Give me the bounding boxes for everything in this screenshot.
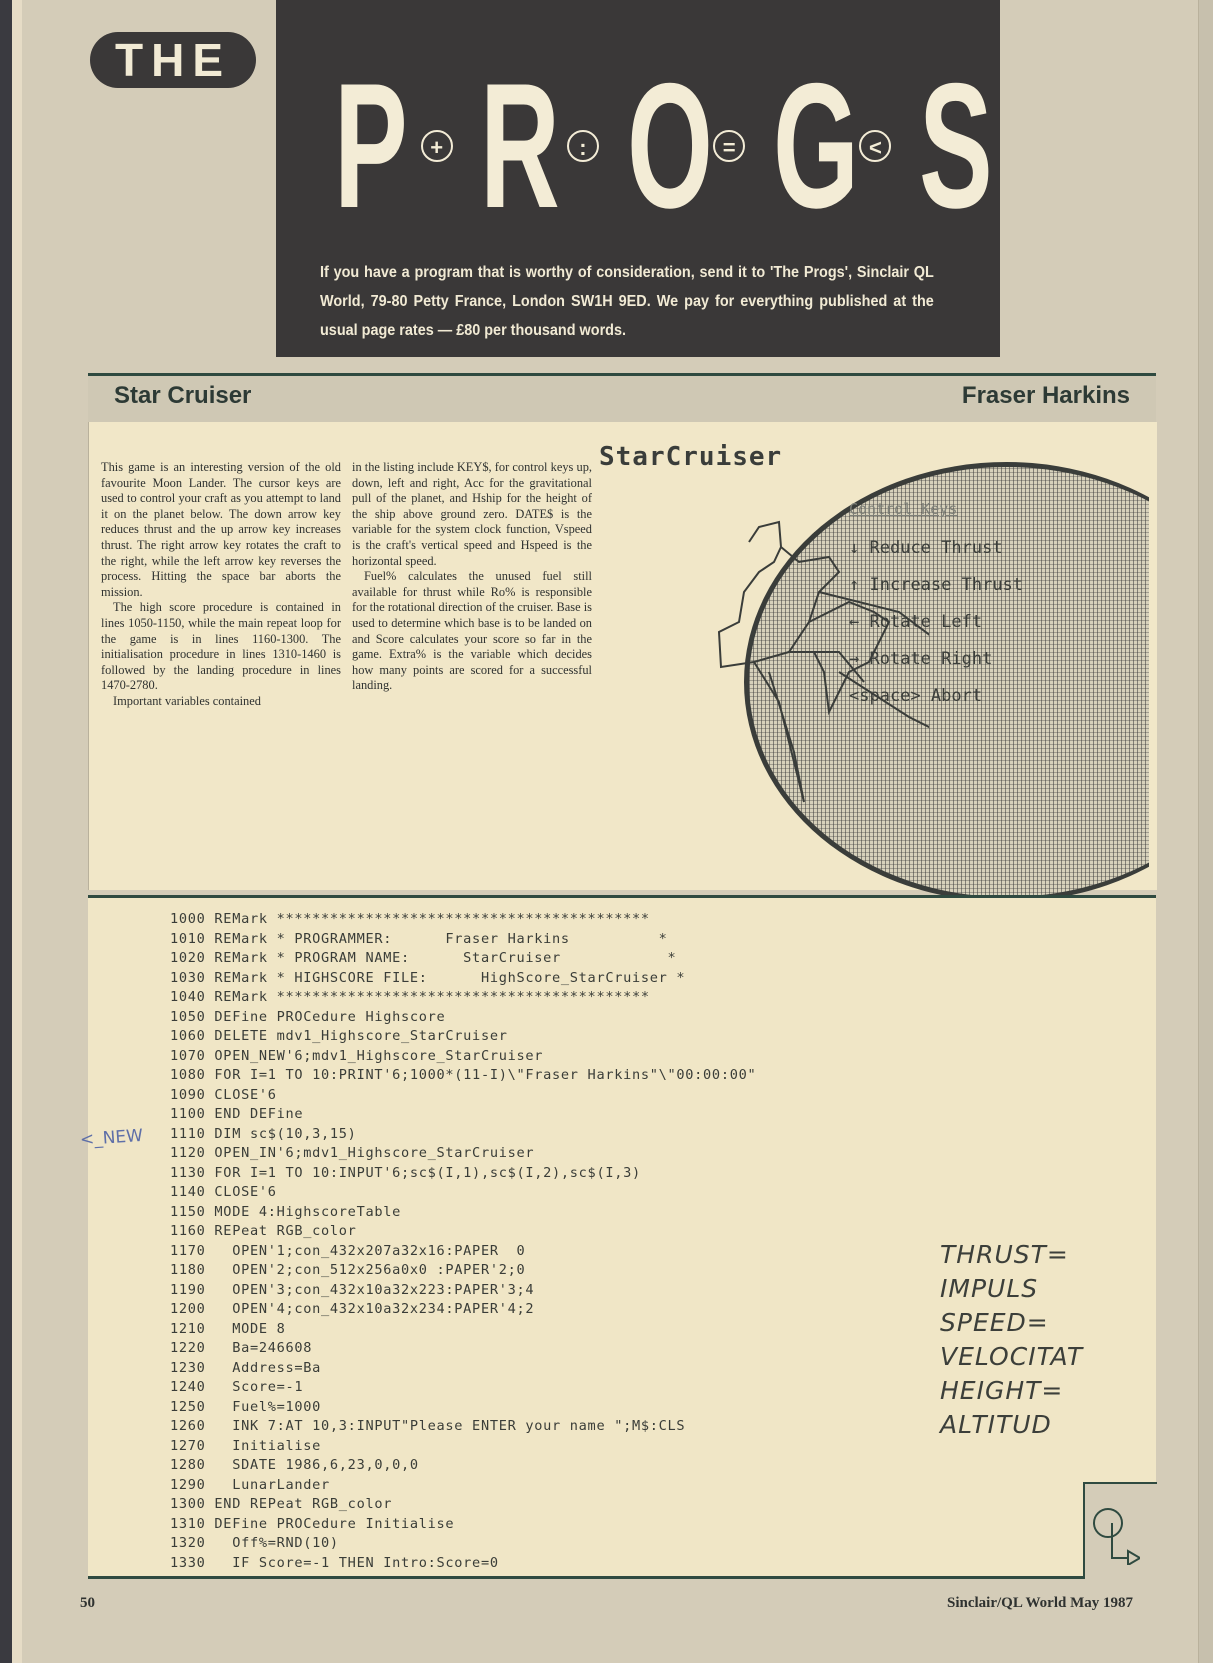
code-line: 1140 CLOSE'6 <box>170 1183 756 1203</box>
line-code: OPEN_IN'6;mdv1_Highscore_StarCruiser <box>214 1145 534 1161</box>
publication-footer: Sinclair/QL World May 1987 <box>947 1595 1133 1612</box>
handwritten-note: VELOCITAT <box>940 1340 1140 1374</box>
code-line: 1230 Address=Ba <box>170 1359 756 1379</box>
line-code: DELETE mdv1_Highscore_StarCruiser <box>214 1028 507 1044</box>
handwritten-notes: THRUST=IMPULSSPEED=VELOCITATHEIGHT=ALTIT… <box>940 1238 1140 1442</box>
line-number: 1010 <box>170 931 214 947</box>
text-column-2: in the listing include KEY$, for control… <box>352 460 592 694</box>
line-number: 1090 <box>170 1087 214 1103</box>
line-number: 1040 <box>170 989 214 1005</box>
line-number: 1320 <box>170 1535 214 1551</box>
code-line: 1120 OPEN_IN'6;mdv1_Highscore_StarCruise… <box>170 1144 756 1164</box>
code-line: 1080 FOR I=1 TO 10:PRINT'6;1000*(11-I)\"… <box>170 1066 756 1086</box>
code-line: 1130 FOR I=1 TO 10:INPUT'6;sc$(I,1),sc$(… <box>170 1164 756 1184</box>
code-line: 1070 OPEN_NEW'6;mdv1_Highscore_StarCruis… <box>170 1047 756 1067</box>
page-right-edge <box>1198 0 1213 1663</box>
code-line: 1060 DELETE mdv1_Highscore_StarCruiser <box>170 1027 756 1047</box>
page-spine <box>0 0 12 1663</box>
paragraph: The high score procedure is contained in… <box>101 600 341 694</box>
progs-letter: O <box>627 48 686 243</box>
line-code: FOR I=1 TO 10:INPUT'6;sc$(I,1),sc$(I,2),… <box>214 1165 640 1181</box>
handwritten-note: ALTITUD <box>940 1408 1140 1442</box>
key-increase-thrust: ↑ Increase Thrust <box>849 567 1023 604</box>
line-code: REMark * PROGRAM NAME: StarCruiser * <box>214 950 676 966</box>
line-code: OPEN'4;con_432x10a32x234:PAPER'4;2 <box>214 1301 534 1317</box>
line-code: Ba=246608 <box>214 1340 312 1356</box>
code-line: 1110 DIM sc$(10,3,15) <box>170 1125 756 1145</box>
line-number: 1050 <box>170 1009 214 1025</box>
line-code: OPEN_NEW'6;mdv1_Highscore_StarCruiser <box>214 1048 543 1064</box>
line-code: REMark * HIGHSCORE FILE: HighScore_StarC… <box>214 970 685 986</box>
code-line: 1170 OPEN'1;con_432x207a32x16:PAPER 0 <box>170 1242 756 1262</box>
code-line: 1240 Score=-1 <box>170 1378 756 1398</box>
article-body: This game is an interesting version of t… <box>88 422 1157 890</box>
line-code: LunarLander <box>214 1477 330 1493</box>
line-code: CLOSE'6 <box>214 1087 276 1103</box>
key-label: Reduce Thrust <box>870 538 1003 558</box>
progs-letter: G <box>773 48 832 243</box>
line-code: Initialise <box>214 1438 321 1454</box>
line-number: 1210 <box>170 1321 214 1337</box>
key-rotate-left: ← Rotate Left <box>849 604 1023 641</box>
key-rotate-right: → Rotate Right <box>849 641 1023 678</box>
code-line: 1220 Ba=246608 <box>170 1339 756 1359</box>
line-code: Off%=RND(10) <box>214 1535 338 1551</box>
line-code: REMark * PROGRAMMER: Fraser Harkins * <box>214 931 667 947</box>
code-line: 1030 REMark * HIGHSCORE FILE: HighScore_… <box>170 969 756 989</box>
key-label: Rotate Left <box>870 612 983 632</box>
progs-letter: R <box>480 48 539 243</box>
line-code: Fuel%=1000 <box>214 1399 321 1415</box>
code-line: 1050 DEFine PROCedure Highscore <box>170 1008 756 1028</box>
continued-arrow-icon <box>1090 1505 1140 1565</box>
line-number: 1070 <box>170 1048 214 1064</box>
paragraph: Important variables contained <box>101 694 341 710</box>
line-number: 1060 <box>170 1028 214 1044</box>
line-number: 1220 <box>170 1340 214 1356</box>
key-label: Rotate Right <box>870 649 993 669</box>
down-arrow-icon: ↓ <box>849 538 859 558</box>
line-number: 1290 <box>170 1477 214 1493</box>
progs-letter: S <box>919 48 978 243</box>
line-number: 1150 <box>170 1204 214 1220</box>
line-number: 1270 <box>170 1438 214 1454</box>
progs-banner: P + R : O = G < S If you have a program … <box>276 0 1000 357</box>
line-number: 1160 <box>170 1223 214 1239</box>
paragraph: This game is an interesting version of t… <box>101 460 341 600</box>
code-line: 1290 LunarLander <box>170 1476 756 1496</box>
page-number: 50 <box>80 1595 95 1612</box>
line-code: DIM sc$(10,3,15) <box>214 1126 356 1142</box>
game-title: StarCruiser <box>599 442 782 472</box>
line-number: 1000 <box>170 911 214 927</box>
progs-title: P + R : O = G < S <box>316 48 996 243</box>
line-code: DEFine PROCedure Initialise <box>214 1516 454 1532</box>
code-line: 1190 OPEN'3;con_432x10a32x223:PAPER'3;4 <box>170 1281 756 1301</box>
article-header: Star Cruiser Fraser Harkins <box>88 373 1156 425</box>
the-badge: THE <box>90 32 256 88</box>
page-edge <box>12 0 22 1663</box>
line-code: OPEN'1;con_432x207a32x16:PAPER 0 <box>214 1243 525 1259</box>
plus-icon: + <box>421 130 453 162</box>
code-line: 1040 REMark ****************************… <box>170 988 756 1008</box>
line-code: Score=-1 <box>214 1379 303 1395</box>
code-line: 1200 OPEN'4;con_432x10a32x234:PAPER'4;2 <box>170 1300 756 1320</box>
code-line: 1010 REMark * PROGRAMMER: Fraser Harkins… <box>170 930 756 950</box>
handwritten-margin-note: <_NEW <box>79 1126 143 1150</box>
article-author: Fraser Harkins <box>962 382 1130 410</box>
code-line: 1180 OPEN'2;con_512x256a0x0 :PAPER'2;0 <box>170 1261 756 1281</box>
control-keys: Control Keys ↓ Reduce Thrust ↑ Increase … <box>849 500 1023 715</box>
handwritten-note: SPEED= <box>940 1306 1140 1340</box>
line-number: 1180 <box>170 1262 214 1278</box>
line-code: Address=Ba <box>214 1360 321 1376</box>
code-line: 1330 IF Score=-1 THEN Intro:Score=0 <box>170 1554 756 1574</box>
progs-letter: P <box>334 48 393 243</box>
line-number: 1330 <box>170 1555 214 1571</box>
line-number: 1230 <box>170 1360 214 1376</box>
line-number: 1100 <box>170 1106 214 1122</box>
code-line: 1310 DEFine PROCedure Initialise <box>170 1515 756 1535</box>
article-title: Star Cruiser <box>114 382 251 410</box>
less-than-icon: < <box>859 130 891 162</box>
code-line: 1000 REMark ****************************… <box>170 910 756 930</box>
handwritten-note: THRUST= <box>940 1238 1140 1272</box>
handwritten-note: IMPULS <box>940 1272 1140 1306</box>
left-arrow-icon: ← <box>849 612 859 632</box>
line-code: OPEN'3;con_432x10a32x223:PAPER'3;4 <box>214 1282 534 1298</box>
line-number: 1140 <box>170 1184 214 1200</box>
code-listing-panel: 1000 REMark ****************************… <box>88 895 1156 1579</box>
key-abort: <space> Abort <box>849 678 1023 715</box>
paragraph: Fuel% calculates the unused fuel still a… <box>352 569 592 694</box>
line-number: 1030 <box>170 970 214 986</box>
code-line: 1020 REMark * PROGRAM NAME: StarCruiser … <box>170 949 756 969</box>
code-line: 1250 Fuel%=1000 <box>170 1398 756 1418</box>
line-number: 1240 <box>170 1379 214 1395</box>
line-code: DEFine PROCedure Highscore <box>214 1009 445 1025</box>
handwritten-note: HEIGHT= <box>940 1374 1140 1408</box>
code-listing: 1000 REMark ****************************… <box>170 910 756 1573</box>
up-arrow-icon: ↑ <box>849 575 859 595</box>
line-number: 1190 <box>170 1282 214 1298</box>
code-line: 1090 CLOSE'6 <box>170 1086 756 1106</box>
code-line: 1210 MODE 8 <box>170 1320 756 1340</box>
text-column-1: This game is an interesting version of t… <box>101 460 341 710</box>
line-code: REMark *********************************… <box>214 989 649 1005</box>
line-code: SDATE 1986,6,23,0,0,0 <box>214 1457 418 1473</box>
equals-icon: = <box>713 130 745 162</box>
line-code: FOR I=1 TO 10:PRINT'6;1000*(11-I)\"Frase… <box>214 1067 756 1083</box>
line-number: 1300 <box>170 1496 214 1512</box>
key-label: <space> Abort <box>849 686 982 706</box>
line-number: 1080 <box>170 1067 214 1083</box>
line-code: MODE 4:HighscoreTable <box>214 1204 401 1220</box>
line-number: 1170 <box>170 1243 214 1259</box>
right-arrow-icon: → <box>849 649 859 669</box>
paragraph: in the listing include KEY$, for control… <box>352 460 592 569</box>
line-code: END REPeat RGB_color <box>214 1496 392 1512</box>
code-line: 1280 SDATE 1986,6,23,0,0,0 <box>170 1456 756 1476</box>
line-code: END DEFine <box>214 1106 303 1122</box>
line-number: 1260 <box>170 1418 214 1434</box>
code-line: 1270 Initialise <box>170 1437 756 1457</box>
line-number: 1200 <box>170 1301 214 1317</box>
code-line: 1100 END DEFine <box>170 1105 756 1125</box>
line-number: 1130 <box>170 1165 214 1181</box>
line-code: REMark *********************************… <box>214 911 649 927</box>
key-reduce-thrust: ↓ Reduce Thrust <box>849 530 1023 567</box>
code-line: 1320 Off%=RND(10) <box>170 1534 756 1554</box>
key-label: Increase Thrust <box>870 575 1024 595</box>
line-number: 1280 <box>170 1457 214 1473</box>
line-number: 1020 <box>170 950 214 966</box>
control-keys-title: Control Keys <box>849 500 1023 518</box>
code-line: 1260 INK 7:AT 10,3:INPUT"Please ENTER yo… <box>170 1417 756 1437</box>
line-code: CLOSE'6 <box>214 1184 276 1200</box>
colon-icon: : <box>567 130 599 162</box>
line-code: INK 7:AT 10,3:INPUT"Please ENTER your na… <box>214 1418 685 1434</box>
code-line: 1300 END REPeat RGB_color <box>170 1495 756 1515</box>
game-screenshot: StarCruiser Control Keys ↓ Reduce Thrust… <box>599 442 1144 882</box>
line-number: 1120 <box>170 1145 214 1161</box>
line-number: 1250 <box>170 1399 214 1415</box>
code-line: 1160 REPeat RGB_color <box>170 1222 756 1242</box>
line-number: 1110 <box>170 1126 214 1142</box>
line-number: 1310 <box>170 1516 214 1532</box>
code-line: 1150 MODE 4:HighscoreTable <box>170 1203 756 1223</box>
line-code: OPEN'2;con_512x256a0x0 :PAPER'2;0 <box>214 1262 525 1278</box>
line-code: IF Score=-1 THEN Intro:Score=0 <box>214 1555 498 1571</box>
submission-text: If you have a program that is worthy of … <box>320 258 934 345</box>
line-code: MODE 8 <box>214 1321 285 1337</box>
line-code: REPeat RGB_color <box>214 1223 356 1239</box>
